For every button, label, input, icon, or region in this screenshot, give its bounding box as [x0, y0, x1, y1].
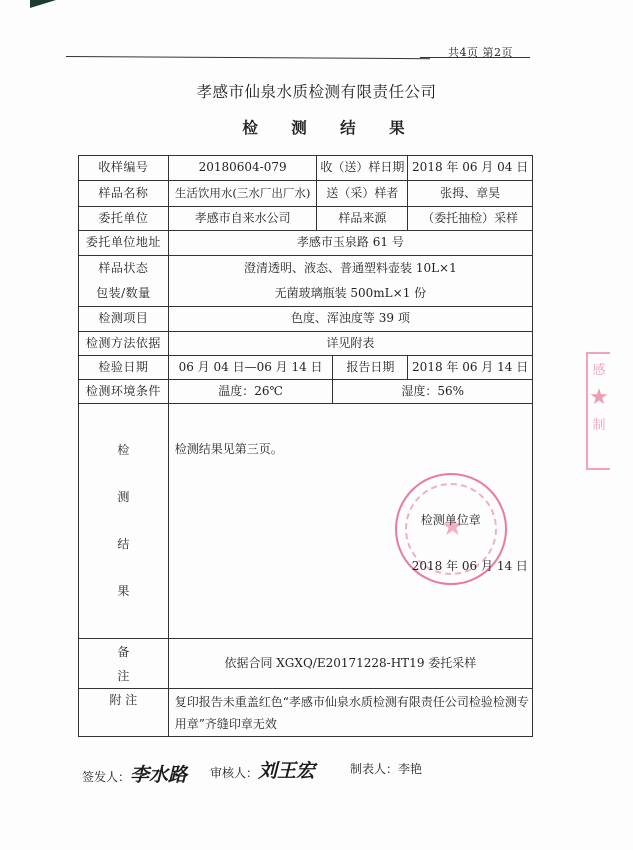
- report-date-value: 2018 年 06 月 14 日: [408, 356, 533, 380]
- receive-date-value: 2018 年 06 月 04 日: [408, 156, 533, 181]
- results-label: 检 测 结 果: [79, 404, 169, 639]
- client-address-label: 委托单位地址: [79, 231, 169, 256]
- table-row: 委托单位地址 孝感市玉泉路 61 号: [79, 231, 533, 256]
- remarks-label: 备 注: [79, 639, 169, 689]
- sample-number-label: 收样编号: [79, 156, 169, 181]
- client-value: 孝感市自来水公司: [168, 207, 317, 231]
- table-row: 收样编号 20180604-079 收（送）样日期 2018 年 06 月 04…: [79, 156, 533, 181]
- client-address-value: 孝感市玉泉路 61 号: [168, 231, 532, 256]
- table-row: 附 注 复印报告未重盖红色“孝感市仙泉水质检测有限责任公司检验检测专用章”齐缝印…: [79, 689, 533, 737]
- sample-number-value: 20180604-079: [168, 156, 317, 181]
- humidity-value: 湿度：56%: [333, 380, 533, 404]
- header-rule: [66, 56, 430, 59]
- page-corner-fold: [30, 0, 56, 8]
- results-label-char: 果: [79, 568, 168, 615]
- reviewer-signature: 审核人：刘王宏: [210, 756, 315, 783]
- preparer-signature: 制表人：李艳: [350, 760, 422, 777]
- appendix-note-value: 复印报告未重盖红色“孝感市仙泉水质检测有限责任公司检验检测专用章”齐缝印章无效: [168, 689, 532, 737]
- results-table: 收样编号 20180604-079 收（送）样日期 2018 年 06 月 04…: [78, 155, 533, 737]
- issuer-handwritten-signature: 李水路: [130, 764, 187, 786]
- sample-state-label-line1: 样品状态: [79, 256, 168, 281]
- table-row: 检测方法依据 详见附表: [79, 332, 533, 356]
- environment-label: 检测环境条件: [79, 380, 169, 404]
- sampler-label: 送（采）样者: [317, 181, 408, 207]
- receive-date-label: 收（送）样日期: [317, 156, 408, 181]
- packaging-label-line2: 包装/数量: [79, 281, 168, 306]
- sample-name-value: 生活饮用水(三水厂出厂水): [168, 181, 317, 207]
- sample-name-label: 样品名称: [79, 181, 169, 207]
- side-stamp-char: 制: [588, 419, 610, 432]
- sampler-value: 张拇、章昊: [408, 181, 533, 207]
- results-label-char: 检: [79, 427, 168, 474]
- sample-state-value: 澄清透明、液态、普通塑料壶装 10L×1 无菌玻璃瓶装 500mL×1 份: [168, 256, 532, 307]
- sample-state-value-line1: 澄清透明、液态、普通塑料壶装 10L×1: [169, 256, 532, 281]
- test-items-label: 检测项目: [79, 307, 169, 332]
- table-row: 样品状态 包装/数量 澄清透明、液态、普通塑料壶装 10L×1 无菌玻璃瓶装 5…: [79, 256, 533, 307]
- reviewer-handwritten-signature: 刘王宏: [258, 760, 315, 782]
- results-content: 检测结果见第三页。 ★ 检测单位章 2018 年 06 月 14 日: [168, 404, 532, 639]
- table-row: 备 注 依据合同 XGXQ/E20171228-HT19 委托采样: [79, 639, 533, 689]
- table-row: 检测环境条件 温度：26℃ 湿度：56%: [79, 380, 533, 404]
- issuer-signature: 签发人：李水路: [82, 760, 187, 787]
- table-row: 委托单位 孝感市自来水公司 样品来源 （委托抽检）采样: [79, 207, 533, 231]
- perforation-seal-stamp: 感 ★ 制: [586, 352, 610, 470]
- test-date-value: 06 月 04 日—06 月 14 日: [168, 356, 333, 380]
- company-name: 孝感市仙泉水质检测有限责任公司: [0, 80, 633, 102]
- results-label-char: 测: [79, 474, 168, 521]
- remarks-label-char: 注: [79, 664, 168, 688]
- sample-state-value-line2: 无菌玻璃瓶装 500mL×1 份: [169, 281, 532, 306]
- report-date-label: 报告日期: [333, 356, 408, 380]
- results-label-char: 结: [79, 521, 168, 568]
- client-label: 委托单位: [79, 207, 169, 231]
- test-date-label: 检验日期: [79, 356, 169, 380]
- stamp-date: 2018 年 06 月 14 日: [412, 560, 528, 573]
- table-row: 检 测 结 果 检测结果见第三页。 ★ 检测单位章 2018 年 06 月 14…: [79, 404, 533, 639]
- results-text: 检测结果见第三页。: [175, 443, 283, 456]
- method-value: 详见附表: [168, 332, 532, 356]
- header-rule-right: [420, 57, 530, 58]
- stamp-label: 检测单位章: [421, 514, 481, 527]
- side-stamp-char: 感: [588, 364, 610, 377]
- sample-source-label: 样品来源: [317, 207, 408, 231]
- remarks-label-char: 备: [79, 640, 168, 664]
- remarks-value: 依据合同 XGXQ/E20171228-HT19 委托采样: [168, 639, 532, 689]
- method-label: 检测方法依据: [79, 332, 169, 356]
- temperature-value: 温度：26℃: [168, 380, 333, 404]
- table-row: 检验日期 06 月 04 日—06 月 14 日 报告日期 2018 年 06 …: [79, 356, 533, 380]
- test-items-value: 色度、浑浊度等 39 项: [168, 307, 532, 332]
- issuer-label: 签发人：: [82, 770, 130, 784]
- preparer-name: 李艳: [398, 762, 422, 776]
- appendix-note-label: 附 注: [79, 689, 169, 737]
- side-stamp-star-icon: ★: [588, 387, 610, 409]
- preparer-label: 制表人：: [350, 762, 398, 776]
- document-title: 检 测 结 果: [0, 116, 633, 138]
- table-row: 检测项目 色度、浑浊度等 39 项: [79, 307, 533, 332]
- table-row: 样品名称 生活饮用水(三水厂出厂水) 送（采）样者 张拇、章昊: [79, 181, 533, 207]
- reviewer-label: 审核人：: [210, 766, 258, 780]
- sample-source-value: （委托抽检）采样: [408, 207, 533, 231]
- sample-state-label: 样品状态 包装/数量: [79, 256, 169, 307]
